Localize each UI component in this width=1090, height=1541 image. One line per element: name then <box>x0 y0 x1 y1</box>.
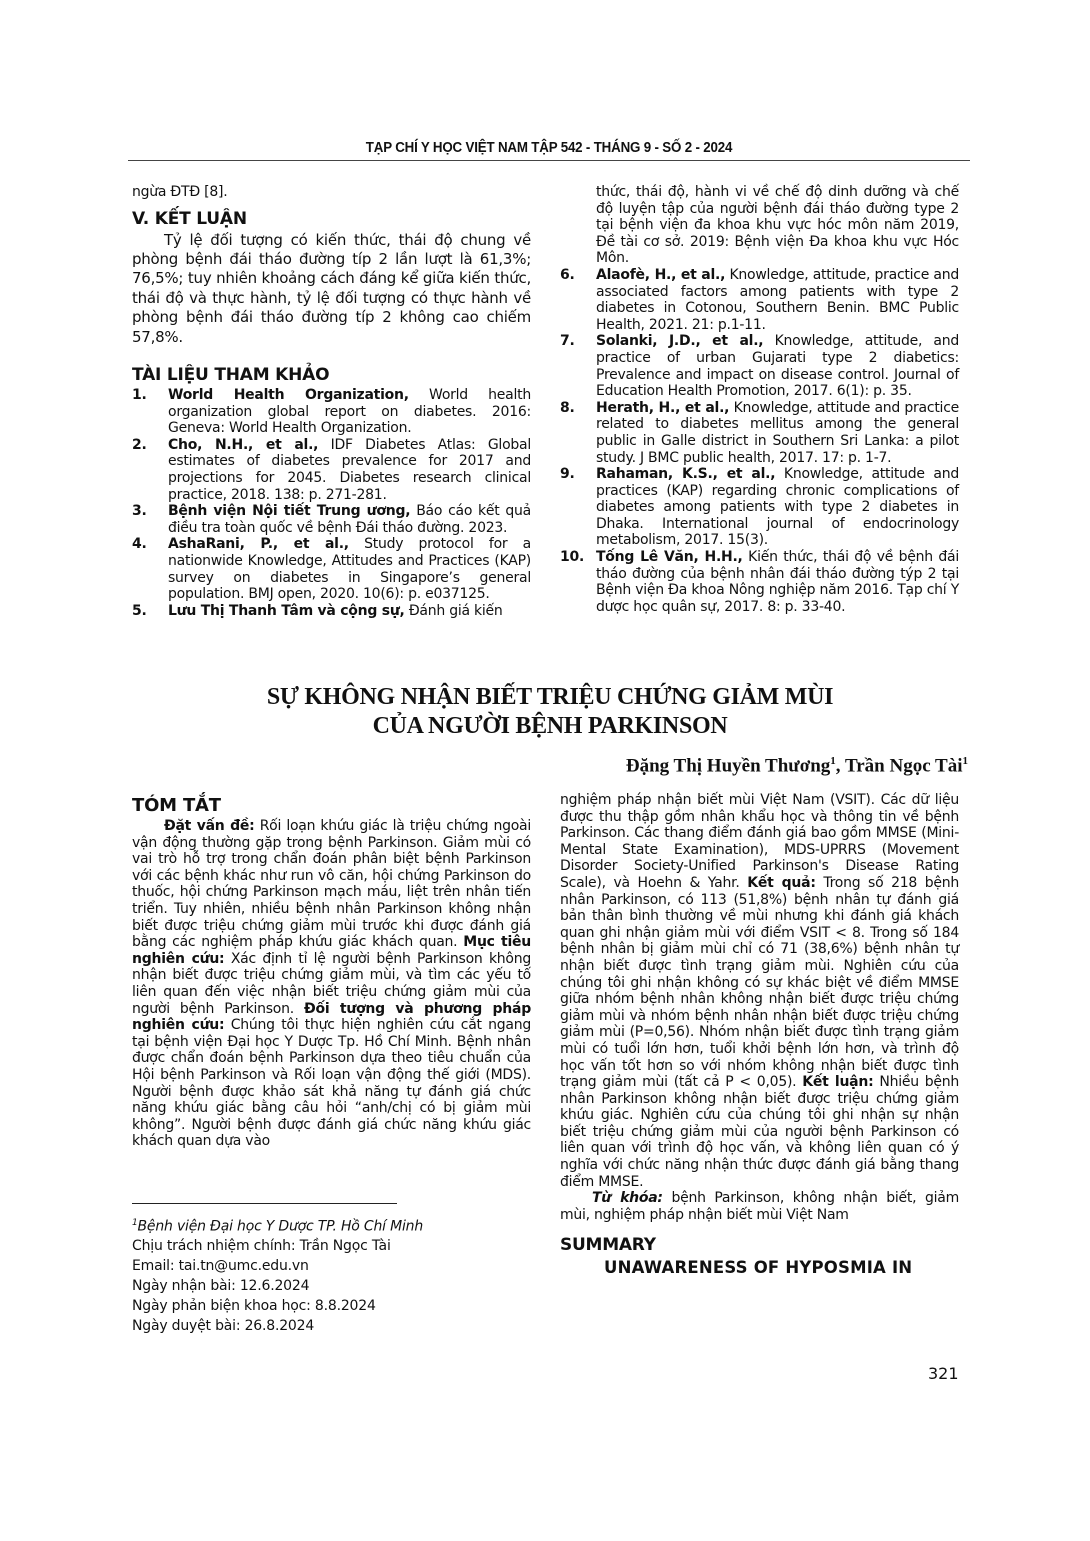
author-list: Đặng Thị Huyền Thương1, Trần Ngọc Tài1 <box>626 755 968 777</box>
reference-text: Đánh giá kiến <box>405 603 503 619</box>
reference-body: Alaofè, H., et al., Knowledge, attitude,… <box>596 267 959 333</box>
background-label: Đặt vấn đề: <box>164 818 255 834</box>
reference-body: World Health Organization, World health … <box>168 387 531 437</box>
background-text: Rối loạn khứu giác là triệu chứng ngoài … <box>132 818 531 950</box>
reference-item: thức, thái độ, hành vi về chế độ dinh dư… <box>560 184 959 267</box>
reference-number: 5. <box>132 603 168 620</box>
reference-author: Herath, H., et al., <box>596 400 729 416</box>
abstract-heading: TÓM TẮT <box>132 796 531 816</box>
abstract-paragraph-cont: nghiệm pháp nhận biết mùi Việt Nam (VSIT… <box>560 792 959 1190</box>
references-list-right: thức, thái độ, hành vi về chế độ dinh dư… <box>560 184 959 615</box>
reference-number: 2. <box>132 437 168 503</box>
reference-item: 9.Rahaman, K.S., et al., Knowledge, atti… <box>560 466 959 549</box>
running-header: TẠP CHÍ Y HỌC VIỆT NAM TẬP 542 - THÁNG 9… <box>162 140 937 156</box>
reference-number <box>560 184 596 267</box>
reference-author: World Health Organization, <box>168 387 409 403</box>
references-list-left: 1.World Health Organization, World healt… <box>132 387 531 619</box>
methods-text: Chúng tôi thực hiện nghiên cứu cắt ngang… <box>132 1017 531 1149</box>
reference-author: Rahaman, K.S., et al., <box>596 466 775 482</box>
reference-item: 2.Cho, N.H., et al., IDF Diabetes Atlas:… <box>132 437 531 503</box>
reference-item: 6.Alaofè, H., et al., Knowledge, attitud… <box>560 267 959 333</box>
reference-item: 8.Herath, H., et al., Knowledge, attitud… <box>560 400 959 466</box>
author-separator: , <box>836 755 845 776</box>
reference-number: 8. <box>560 400 596 466</box>
reference-author: Bệnh viện Nội tiết Trung ương, <box>168 503 410 519</box>
article-title: SỰ KHÔNG NHẬN BIẾT TRIỆU CHỨNG GIẢM MÙI … <box>170 683 930 741</box>
page-number: 321 <box>928 1364 959 1383</box>
conclusion-heading: V. KẾT LUẬN <box>132 209 531 229</box>
reference-body: thức, thái độ, hành vi về chế độ dinh dư… <box>596 184 959 267</box>
reference-body: Bệnh viện Nội tiết Trung ương, Báo cáo k… <box>168 503 531 536</box>
author-name: Đặng Thị Huyền Thương <box>626 755 830 776</box>
reference-number: 4. <box>132 536 168 602</box>
reference-author: Lưu Thị Thanh Tâm và cộng sự, <box>168 603 405 619</box>
header-rule <box>128 160 970 161</box>
footnote-rule <box>132 1203 397 1204</box>
reference-number: 7. <box>560 333 596 399</box>
reference-item: 10.Tống Lê Văn, H.H., Kiến thức, thái độ… <box>560 549 959 615</box>
corresponding-author: Chịu trách nhiệm chính: Trần Ngọc Tài <box>132 1237 423 1257</box>
reference-body: Lưu Thị Thanh Tâm và cộng sự, Đánh giá k… <box>168 603 531 620</box>
abstract-left-column: TÓM TẮT Đặt vấn đề: Rối loạn khứu giác l… <box>132 792 531 1150</box>
reference-author: Cho, N.H., et al., <box>168 437 318 453</box>
affiliation-footnote: 1Bệnh viện Đại học Y Dược TP. Hồ Chí Min… <box>132 1214 423 1237</box>
reference-body: Solanki, J.D., et al., Knowledge, attitu… <box>596 333 959 399</box>
reference-number: 3. <box>132 503 168 536</box>
accepted-date: Ngày duyệt bài: 26.8.2024 <box>132 1317 423 1337</box>
reference-author: Tống Lê Văn, H.H., <box>596 549 743 565</box>
carryover-text: ngừa ĐTĐ [8]. <box>132 184 531 201</box>
reference-item: 1.World Health Organization, World healt… <box>132 387 531 437</box>
reference-author: AshaRani, P., et al., <box>168 536 349 552</box>
email: Email: tai.tn@umc.edu.vn <box>132 1257 423 1277</box>
reference-item: 3.Bệnh viện Nội tiết Trung ương, Báo cáo… <box>132 503 531 536</box>
reference-item: 5.Lưu Thị Thanh Tâm và cộng sự, Đánh giá… <box>132 603 531 620</box>
received-date: Ngày nhận bài: 12.6.2024 <box>132 1277 423 1297</box>
reference-number: 10. <box>560 549 596 615</box>
footnotes: 1Bệnh viện Đại học Y Dược TP. Hồ Chí Min… <box>132 1214 423 1336</box>
title-line-1: SỰ KHÔNG NHẬN BIẾT TRIỆU CHỨNG GIẢM MÙI <box>170 683 930 712</box>
affiliation-text: Bệnh viện Đại học Y Dược TP. Hồ Chí Minh <box>138 1219 423 1235</box>
reference-body: AshaRani, P., et al., Study protocol for… <box>168 536 531 602</box>
reference-number: 9. <box>560 466 596 549</box>
reference-item: 4.AshaRani, P., et al., Study protocol f… <box>132 536 531 602</box>
reference-body: Herath, H., et al., Knowledge, attitude … <box>596 400 959 466</box>
title-line-2: CỦA NGƯỜI BỆNH PARKINSON <box>170 712 930 741</box>
reference-body: Rahaman, K.S., et al., Knowledge, attitu… <box>596 466 959 549</box>
results-label: Kết quả: <box>747 875 815 891</box>
summary-title: UNAWARENESS OF HYPOSMIA IN <box>560 1260 959 1277</box>
reviewed-date: Ngày phản biện khoa học: 8.8.2024 <box>132 1297 423 1317</box>
abstract-paragraph: Đặt vấn đề: Rối loạn khứu giác là triệu … <box>132 818 531 1150</box>
results-text: Trong số 218 bệnh nhân Parkinson, có 113… <box>560 875 959 1090</box>
reference-body: Tống Lê Văn, H.H., Kiến thức, thái độ về… <box>596 549 959 615</box>
reference-number: 6. <box>560 267 596 333</box>
affiliation-sup: 1 <box>963 755 969 767</box>
reference-text: thức, thái độ, hành vi về chế độ dinh dư… <box>596 184 959 266</box>
reference-author: Alaofè, H., et al., <box>596 267 725 283</box>
summary-heading: SUMMARY <box>560 1237 959 1254</box>
keywords: Từ khóa: bệnh Parkinson, không nhận biết… <box>560 1190 959 1223</box>
reference-item: 7.Solanki, J.D., et al., Knowledge, atti… <box>560 333 959 399</box>
conclusion-text: Tỷ lệ đối tượng có kiến thức, thái độ ch… <box>132 231 531 347</box>
prev-article-left-column: ngừa ĐTĐ [8]. V. KẾT LUẬN Tỷ lệ đối tượn… <box>132 184 531 619</box>
reference-number: 1. <box>132 387 168 437</box>
references-heading: TÀI LIỆU THAM KHẢO <box>132 365 531 385</box>
conclusion-label: Kết luận: <box>802 1074 873 1090</box>
abstract-right-column: nghiệm pháp nhận biết mùi Việt Nam (VSIT… <box>560 792 959 1277</box>
prev-article-right-column: thức, thái độ, hành vi về chế độ dinh dư… <box>560 184 959 615</box>
keywords-label: Từ khóa: <box>592 1190 663 1206</box>
author-name: Trần Ngọc Tài <box>845 755 963 776</box>
reference-body: Cho, N.H., et al., IDF Diabetes Atlas: G… <box>168 437 531 503</box>
conclusion-text: Nhiều bệnh nhân Parkinson không nhận biế… <box>560 1074 959 1190</box>
reference-author: Solanki, J.D., et al., <box>596 333 763 349</box>
